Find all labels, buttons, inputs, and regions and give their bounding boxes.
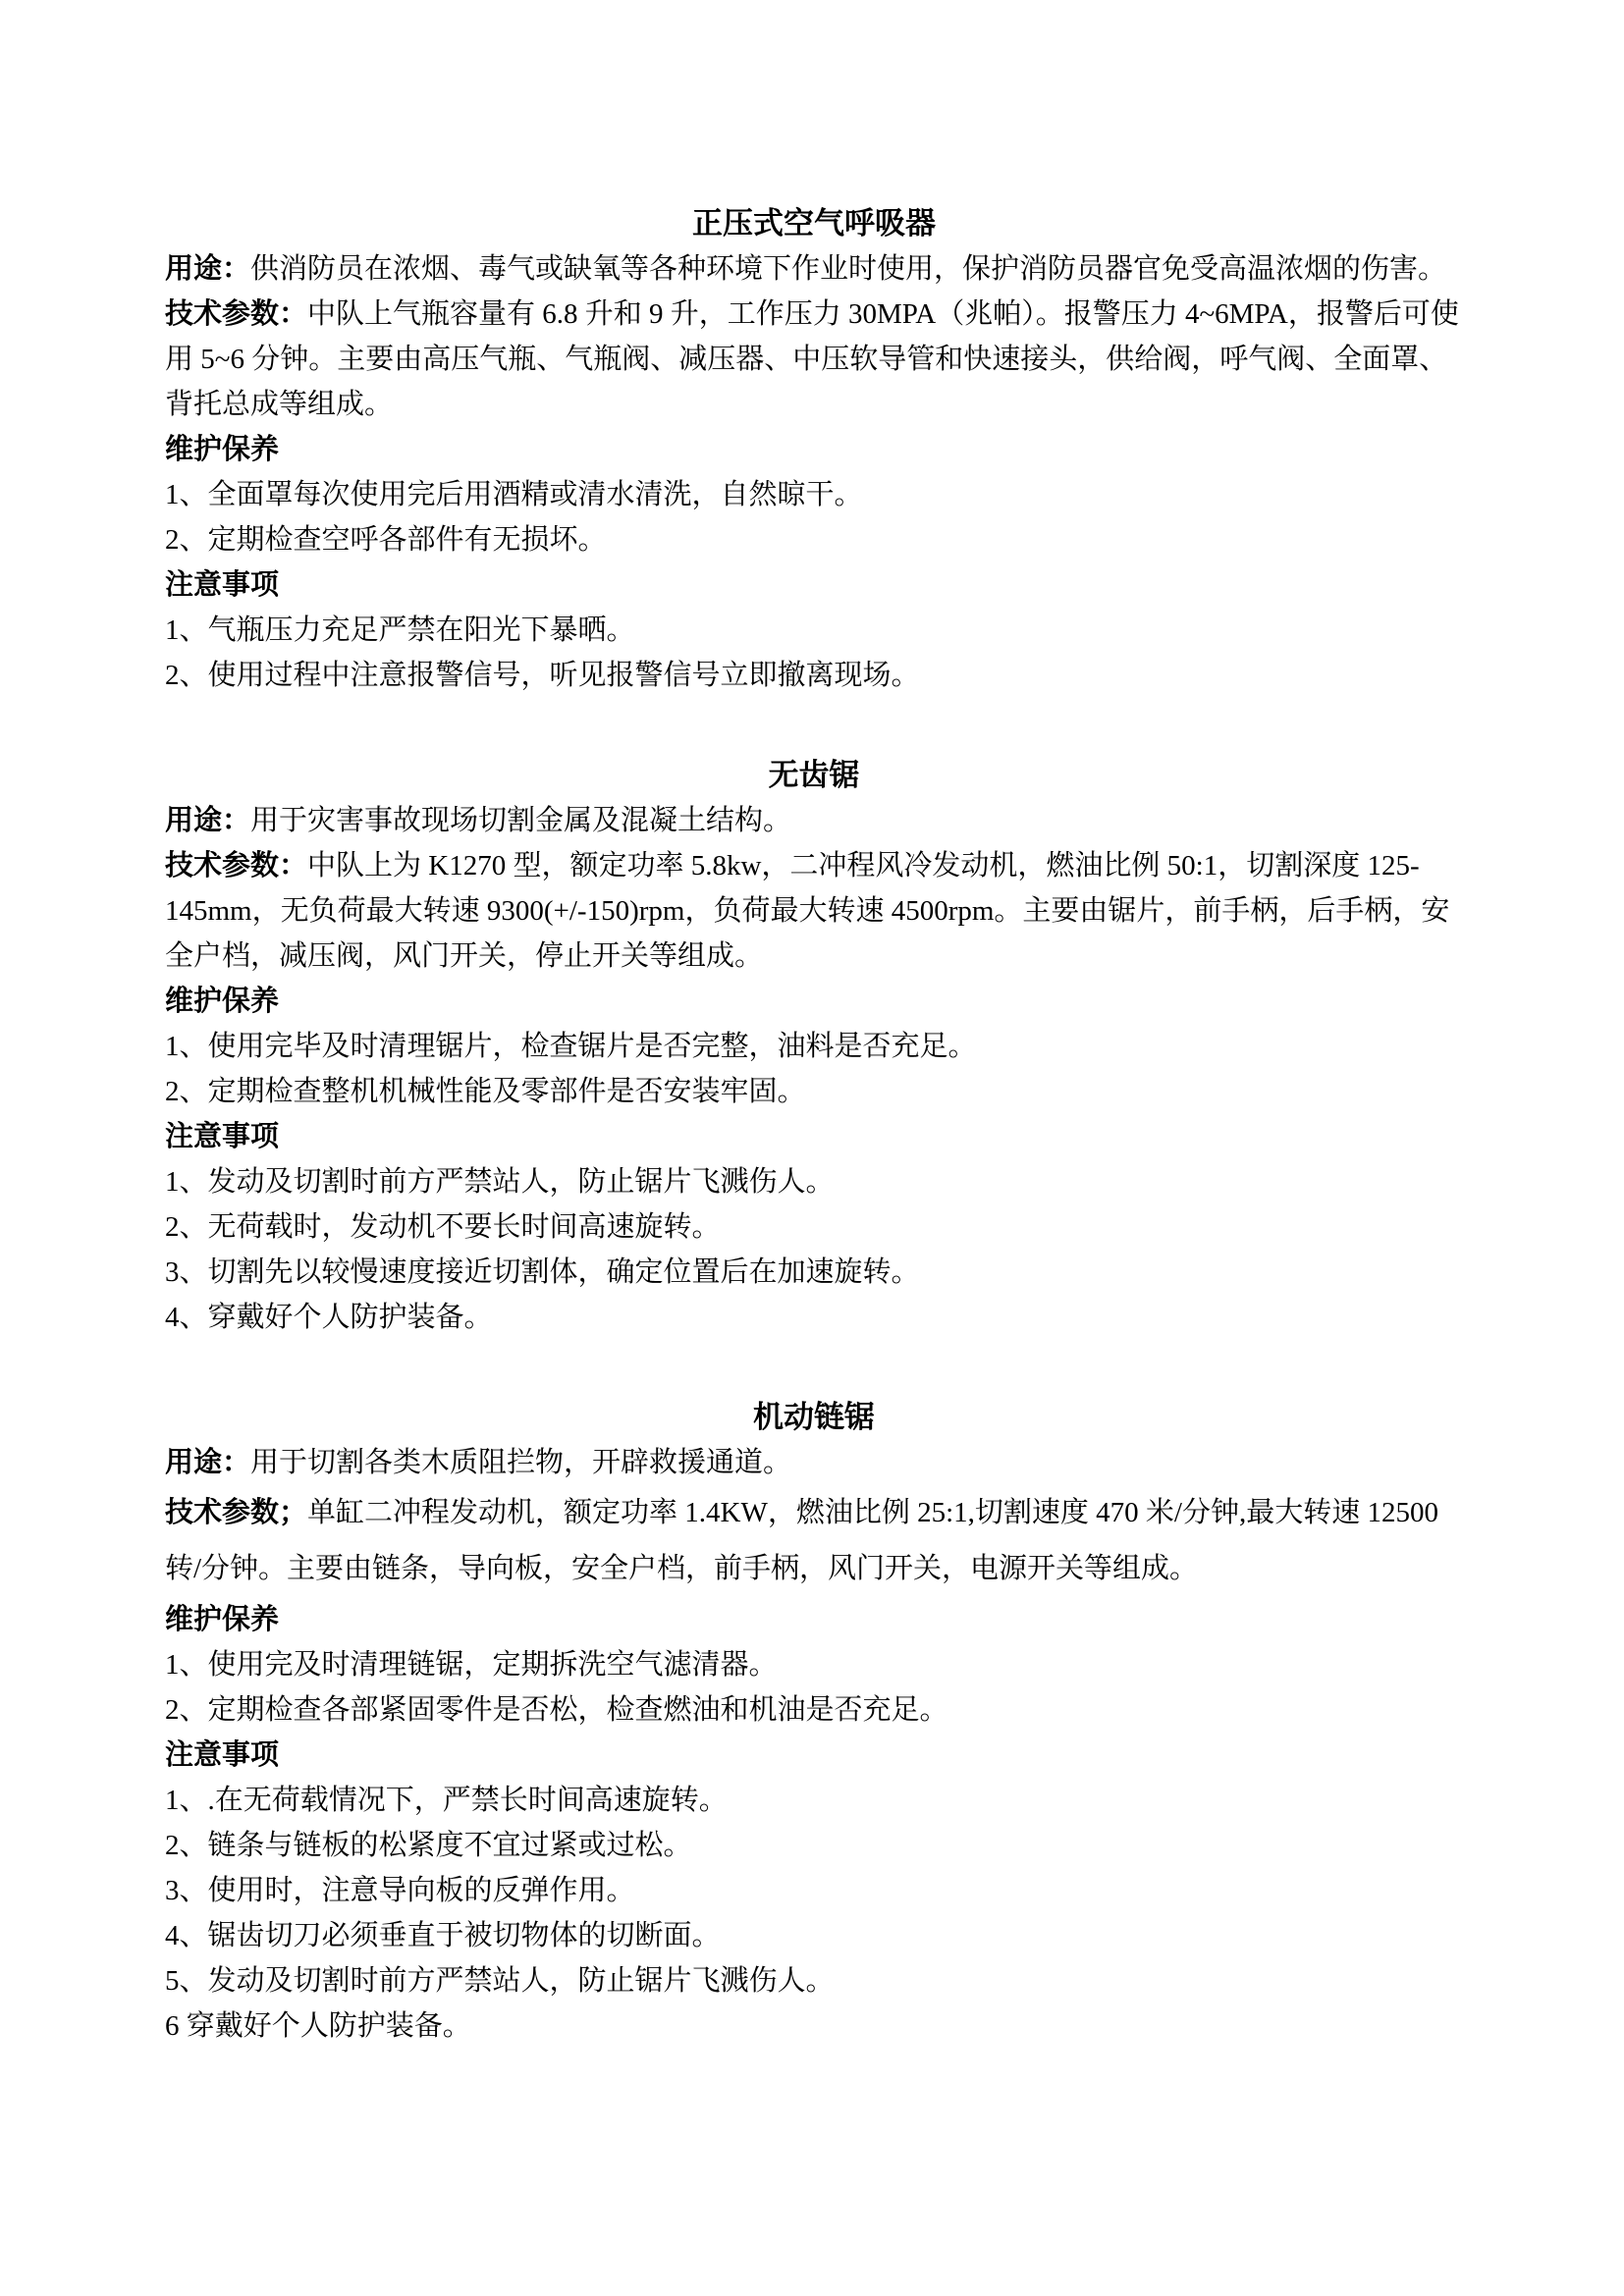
usage-label: 用途： (165, 805, 250, 836)
section-title: 机动链锯 (165, 1395, 1463, 1440)
section-chainsaw: 机动链锯 用途：用于切割各类木质阻拦物，开辟救援通道。 技术参数；单缸二冲程发动… (165, 1395, 1463, 2049)
list-item: 1、气瓶压力充足严禁在阳光下暴晒。 (165, 608, 1463, 653)
list-item: 2、使用过程中注意报警信号，听见报警信号立即撤离现场。 (165, 653, 1463, 698)
usage-paragraph: 用途：用于切割各类木质阻拦物，开辟救援通道。 (165, 1440, 1463, 1485)
section-title: 无齿锯 (165, 753, 1463, 798)
usage-paragraph: 用途：用于灾害事故现场切割金属及混凝土结构。 (165, 798, 1463, 843)
usage-label: 用途： (165, 1447, 250, 1478)
usage-paragraph: 用途：供消防员在浓烟、毒气或缺氧等各种环境下作业时使用，保护消防员器官免受高温浓… (165, 246, 1463, 292)
list-item: 3、使用时，注意导向板的反弹作用。 (165, 1868, 1463, 1913)
list-item: 2、链条与链板的松紧度不宜过紧或过松。 (165, 1823, 1463, 1868)
list-item: 2、定期检查空呼各部件有无损坏。 (165, 517, 1463, 562)
list-item: 3、切割先以较慢速度接近切割体，确定位置后在加速旋转。 (165, 1250, 1463, 1295)
notes-heading: 注意事项 (165, 1733, 1463, 1778)
params-text: 单缸二冲程发动机，额定功率 1.4KW，燃油比例 25:1,切割速度 470 米… (165, 1497, 1438, 1584)
list-item: 2、无荷载时，发动机不要长时间高速旋转。 (165, 1204, 1463, 1250)
usage-text: 用于切割各类木质阻拦物，开辟救援通道。 (250, 1447, 791, 1478)
list-item: 1、全面罩每次使用完后用酒精或清水清洗，自然晾干。 (165, 472, 1463, 517)
document-page: 正压式空气呼吸器 用途：供消防员在浓烟、毒气或缺氧等各种环境下作业时使用，保护消… (0, 0, 1624, 2296)
usage-text: 供消防员在浓烟、毒气或缺氧等各种环境下作业时使用，保护消防员器官免受高温浓烟的伤… (250, 253, 1446, 285)
section-air-breathing-apparatus: 正压式空气呼吸器 用途：供消防员在浓烟、毒气或缺氧等各种环境下作业时使用，保护消… (165, 201, 1463, 698)
list-item: 4、锯齿切刀必须垂直于被切物体的切断面。 (165, 1913, 1463, 1958)
section-toothless-saw: 无齿锯 用途：用于灾害事故现场切割金属及混凝土结构。 技术参数：中队上为 K12… (165, 753, 1463, 1340)
list-item: 1、.在无荷载情况下，严禁长时间高速旋转。 (165, 1778, 1463, 1823)
params-paragraph: 技术参数：中队上为 K1270 型，额定功率 5.8kw，二冲程风冷发动机，燃油… (165, 843, 1463, 979)
maintenance-heading: 维护保养 (165, 979, 1463, 1024)
list-item: 6 穿戴好个人防护装备。 (165, 2003, 1463, 2049)
list-item: 1、发动及切割时前方严禁站人，防止锯片飞溅伤人。 (165, 1159, 1463, 1204)
list-item: 4、穿戴好个人防护装备。 (165, 1295, 1463, 1340)
params-text: 中队上气瓶容量有 6.8 升和 9 升，工作压力 30MPA（兆帕）。报警压力 … (165, 298, 1459, 420)
list-item: 1、使用完及时清理链锯，定期拆洗空气滤清器。 (165, 1642, 1463, 1687)
list-item: 5、发动及切割时前方严禁站人，防止锯片飞溅伤人。 (165, 1958, 1463, 2003)
notes-heading: 注意事项 (165, 562, 1463, 608)
params-paragraph: 技术参数；单缸二冲程发动机，额定功率 1.4KW，燃油比例 25:1,切割速度 … (165, 1485, 1463, 1597)
list-item: 2、定期检查各部紧固零件是否松，检查燃油和机油是否充足。 (165, 1687, 1463, 1733)
params-label: 技术参数： (165, 850, 307, 881)
list-item: 1、使用完毕及时清理锯片，检查锯片是否完整，油料是否充足。 (165, 1024, 1463, 1069)
maintenance-heading: 维护保养 (165, 427, 1463, 472)
list-item: 2、定期检查整机机械性能及零部件是否安装牢固。 (165, 1069, 1463, 1114)
params-text: 中队上为 K1270 型，额定功率 5.8kw，二冲程风冷发动机，燃油比例 50… (165, 850, 1449, 972)
params-label: 技术参数： (165, 298, 307, 330)
section-title: 正压式空气呼吸器 (165, 201, 1463, 246)
usage-text: 用于灾害事故现场切割金属及混凝土结构。 (250, 805, 791, 836)
params-label: 技术参数； (165, 1497, 307, 1528)
maintenance-heading: 维护保养 (165, 1597, 1463, 1642)
params-paragraph: 技术参数：中队上气瓶容量有 6.8 升和 9 升，工作压力 30MPA（兆帕）。… (165, 292, 1463, 427)
notes-heading: 注意事项 (165, 1114, 1463, 1159)
usage-label: 用途： (165, 253, 250, 285)
